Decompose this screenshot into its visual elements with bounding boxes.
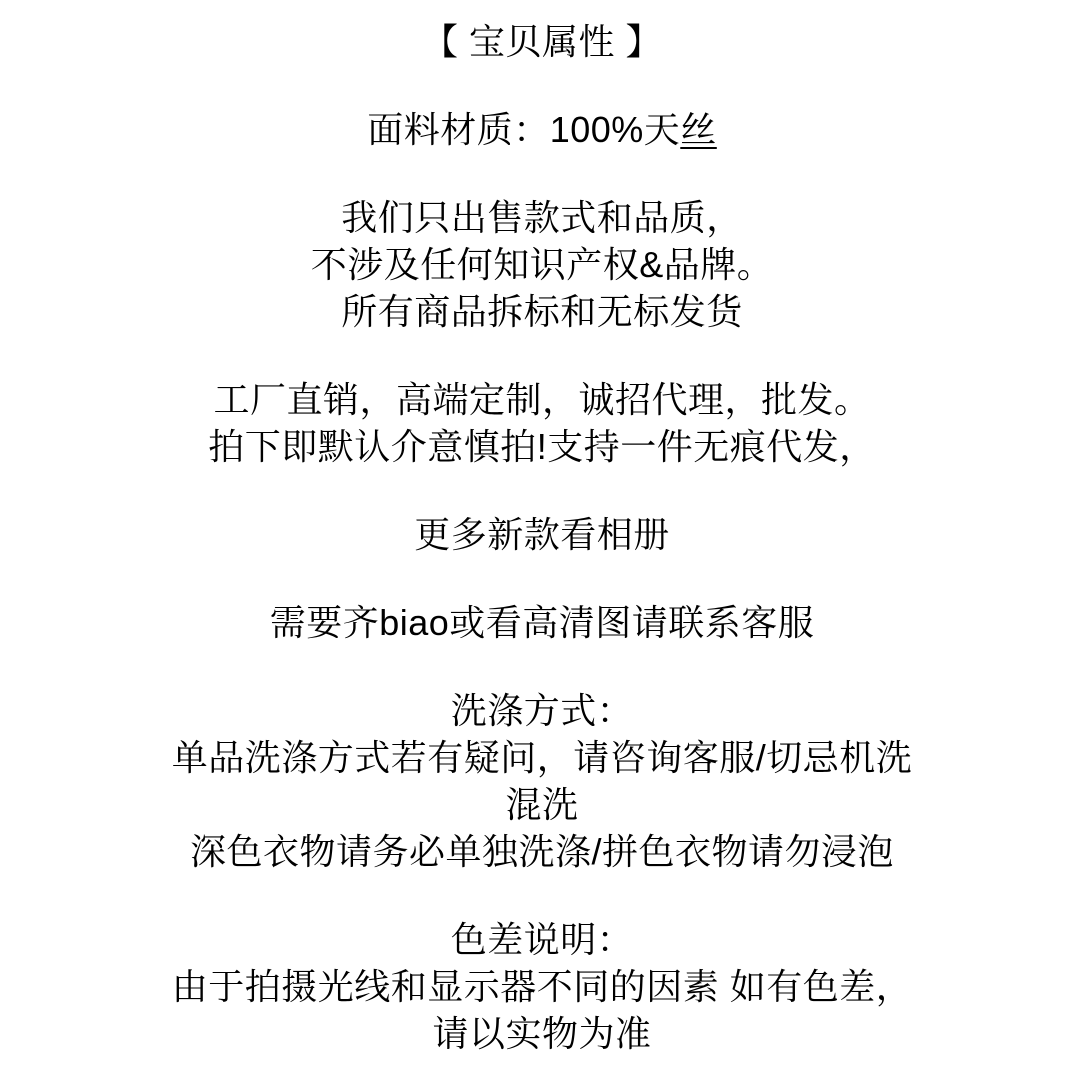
paragraph-line: 混洗 <box>40 781 1044 828</box>
washing-heading: 洗涤方式： <box>40 687 1044 734</box>
section-color-difference: 色差说明： 由于拍摄光线和显示器不同的因素 如有色差， 请以实物为准 <box>40 916 1044 1057</box>
paragraph-line: 不涉及任何知识产权&品牌。 <box>40 241 1044 288</box>
paragraph-line: 我们只出售款式和品质， <box>40 194 1044 241</box>
paragraph-line: 拍下即默认介意慎拍!支持一件无痕代发， <box>40 423 1044 470</box>
section-more-styles: 更多新款看相册 <box>40 511 1044 558</box>
fabric-material-underlined: 丝 <box>680 109 717 150</box>
section-factory-info: 工厂直销，高端定制，诚招代理，批发。 拍下即默认介意慎拍!支持一件无痕代发， <box>40 376 1044 470</box>
paragraph-line: 更多新款看相册 <box>40 511 1044 558</box>
paragraph-line: 需要齐biao或看高清图请联系客服 <box>40 599 1044 646</box>
fabric-material-text: 面料材质：100%天 <box>367 109 680 150</box>
paragraph-line: 工厂直销，高端定制，诚招代理，批发。 <box>40 376 1044 423</box>
section-brand-disclaimer: 我们只出售款式和品质， 不涉及任何知识产权&品牌。 所有商品拆标和无标发货 <box>40 194 1044 335</box>
section-washing-instructions: 洗涤方式： 单品洗涤方式若有疑问，请咨询客服/切忌机洗 混洗 深色衣物请务必单独… <box>40 687 1044 875</box>
paragraph-line: 请以实物为准 <box>40 1010 1044 1057</box>
fabric-material-line: 面料材质：100%天丝 <box>40 106 1044 153</box>
fabric-attribute: 面料材质：100%天丝 <box>40 106 1044 153</box>
paragraph-line: 所有商品拆标和无标发货 <box>40 288 1044 335</box>
paragraph-line: 深色衣物请务必单独洗涤/拼色衣物请勿浸泡 <box>40 828 1044 875</box>
paragraph-line: 单品洗涤方式若有疑问，请咨询客服/切忌机洗 <box>40 734 1044 781</box>
color-difference-heading: 色差说明： <box>40 916 1044 963</box>
section-contact-service: 需要齐biao或看高清图请联系客服 <box>40 599 1044 646</box>
page-title: 【 宝贝属性 】 <box>40 18 1044 65</box>
product-description: 【 宝贝属性 】 面料材质：100%天丝 我们只出售款式和品质， 不涉及任何知识… <box>0 0 1084 1057</box>
paragraph-line: 由于拍摄光线和显示器不同的因素 如有色差， <box>40 963 1044 1010</box>
section-title: 【 宝贝属性 】 <box>40 18 1044 65</box>
